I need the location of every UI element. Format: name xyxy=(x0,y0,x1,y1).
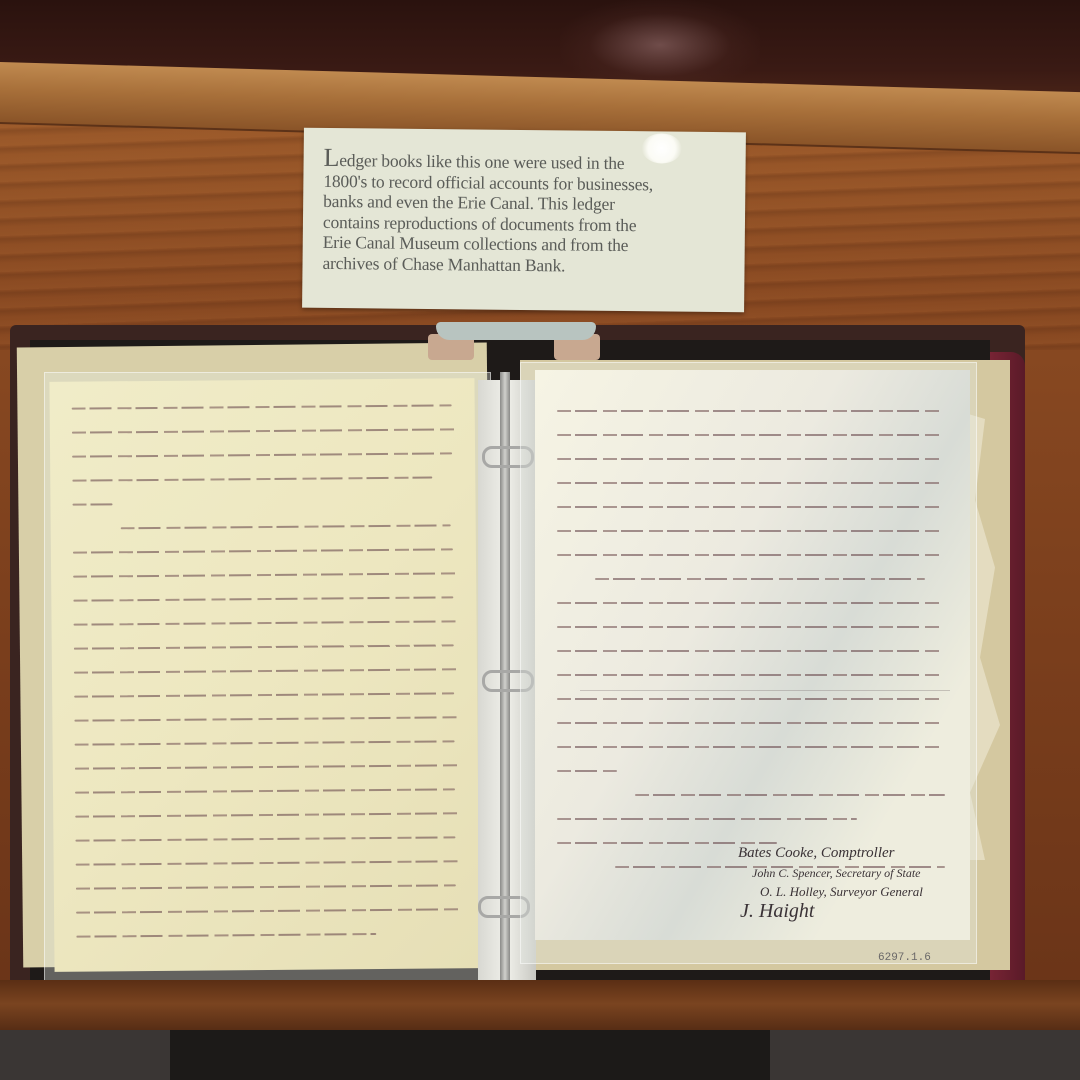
handwriting-line xyxy=(557,698,942,700)
handwriting-line xyxy=(73,596,453,601)
floor-shadow xyxy=(170,1030,770,1080)
handwriting-line xyxy=(557,482,942,484)
handwriting-line xyxy=(557,434,942,436)
light-reflection xyxy=(560,0,760,90)
interpretive-sign: Ledger books like this one were used in … xyxy=(302,128,746,313)
handwriting-line xyxy=(75,764,460,769)
handwriting-line xyxy=(75,740,455,745)
handwriting-line xyxy=(557,626,942,628)
signature-secretary: John C. Spencer, Secretary of State xyxy=(752,866,921,881)
handwriting-line xyxy=(76,860,461,865)
handwriting-line xyxy=(76,933,376,938)
binder-clip xyxy=(426,318,602,360)
handwriting-line xyxy=(557,842,777,844)
page-rule xyxy=(580,690,950,691)
handwriting-line xyxy=(72,452,452,457)
handwriting-line xyxy=(76,884,456,889)
handwriting-line xyxy=(635,794,945,796)
handwriting-line xyxy=(557,602,942,604)
document-page-left[interactable] xyxy=(49,378,479,972)
signature-comptroller: Bates Cooke, Comptroller xyxy=(738,845,895,862)
handwriting-line xyxy=(557,650,942,652)
handwriting-line xyxy=(75,788,455,793)
sign-text: Ledger books like this one were used in … xyxy=(322,148,743,277)
signature-haight: J. Haight xyxy=(740,900,814,923)
handwriting-line xyxy=(557,746,942,748)
handwriting-line xyxy=(74,644,454,649)
handwriting-line xyxy=(74,716,459,721)
handwriting-line xyxy=(74,620,459,625)
handwriting-line xyxy=(557,530,942,532)
handwriting-line xyxy=(75,836,455,841)
handwriting-line xyxy=(557,554,942,556)
handwriting-line xyxy=(557,722,942,724)
handwriting-line xyxy=(557,770,617,772)
handwriting-line xyxy=(72,428,457,433)
handwriting-line xyxy=(557,674,942,676)
sign-line-6: archives of Chase Manhattan Bank. xyxy=(322,252,742,277)
catalog-stamp: 6297.1.6 xyxy=(878,952,931,964)
handwriting-line xyxy=(72,404,452,409)
drop-cap: L xyxy=(323,143,339,172)
handwriting-line xyxy=(557,458,942,460)
handwriting-line xyxy=(557,506,942,508)
handwriting-line xyxy=(595,578,925,580)
handwriting-line xyxy=(73,548,453,553)
handwriting-line xyxy=(75,812,460,817)
handwriting-line xyxy=(73,572,458,577)
cloth-ribbon xyxy=(436,322,596,340)
handwriting-line xyxy=(74,692,454,697)
handwriting-line xyxy=(557,410,942,412)
handwriting-line xyxy=(121,524,451,529)
handwriting-line xyxy=(72,477,432,482)
handwriting-line xyxy=(72,503,112,505)
sign-line-text: edger books like this one were used in t… xyxy=(339,150,624,173)
handwriting-line xyxy=(557,818,857,820)
handwriting-line xyxy=(76,908,461,913)
handwriting-line xyxy=(74,668,459,673)
signature-surveyor: O. L. Holley, Surveyor General xyxy=(760,884,923,900)
